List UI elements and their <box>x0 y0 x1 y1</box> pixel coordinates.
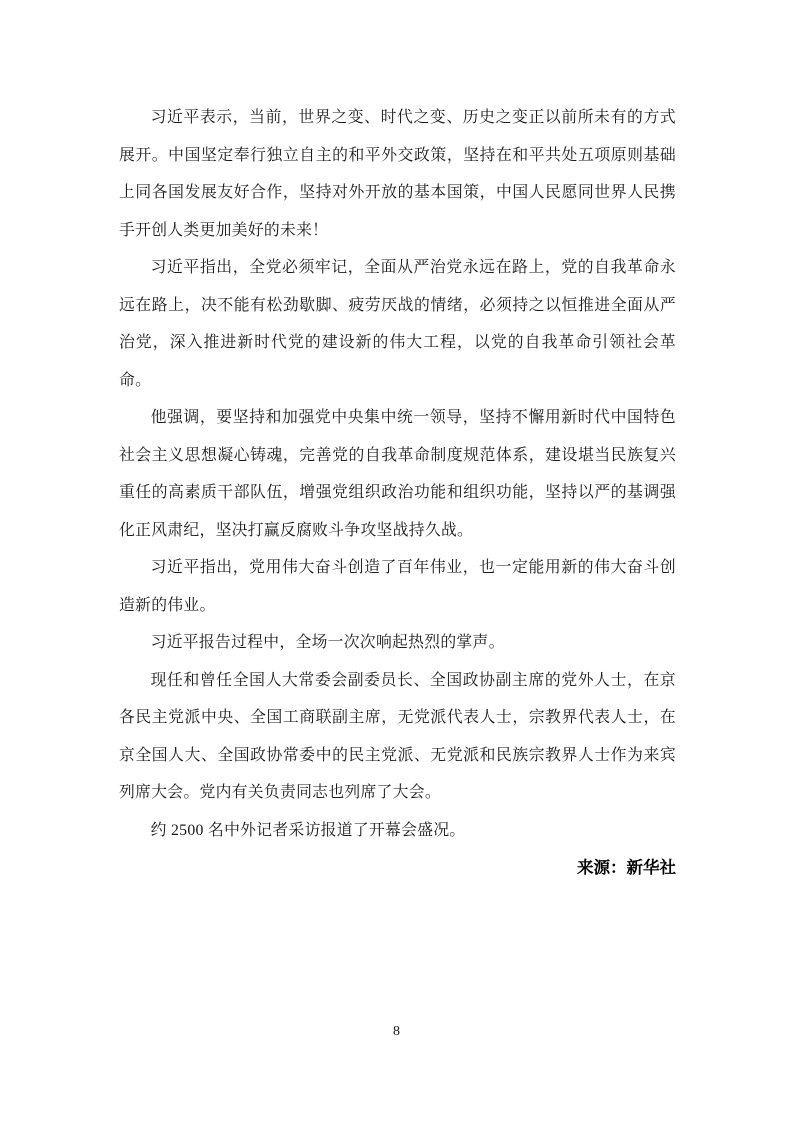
body-paragraph-6: 现任和曾任全国人大常委会副委员长、全国政协副主席的党外人士，在京各民主党派中央、… <box>119 662 676 812</box>
document-page: 习近平表示，当前，世界之变、时代之变、历史之变正以前所未有的方式展开。中国坚定奉… <box>0 0 793 1122</box>
body-paragraph-2: 习近平指出，全党必须牢记，全面从严治党永远在路上，党的自我革命永远在路上，决不能… <box>119 249 676 399</box>
body-paragraph-4: 习近平指出，党用伟大奋斗创造了百年伟业，也一定能用新的伟大奋斗创造新的伟业。 <box>119 549 676 624</box>
body-paragraph-7: 约 2500 名中外记者采访报道了开幕会盛况。 <box>119 812 676 850</box>
page-footer: 8 <box>0 1022 793 1042</box>
body-paragraph-5: 习近平报告过程中，全场一次次响起热烈的掌声。 <box>119 624 676 662</box>
document-body: 习近平表示，当前，世界之变、时代之变、历史之变正以前所未有的方式展开。中国坚定奉… <box>119 99 676 887</box>
source-attribution: 来源：新华社 <box>119 849 676 887</box>
body-paragraph-3: 他强调，要坚持和加强党中央集中统一领导，坚持不懈用新时代中国特色社会主义思想凝心… <box>119 399 676 549</box>
body-paragraph-1: 习近平表示，当前，世界之变、时代之变、历史之变正以前所未有的方式展开。中国坚定奉… <box>119 99 676 249</box>
page-number: 8 <box>393 1024 400 1039</box>
